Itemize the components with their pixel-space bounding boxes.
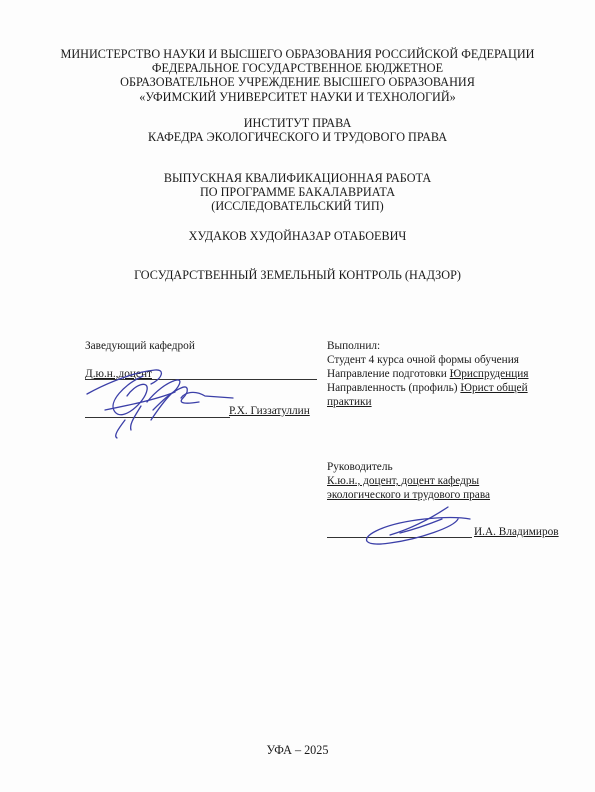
supervisor-signature-icon [360,505,480,547]
direction-label: Направление подготовки [327,368,447,380]
head-label: Заведующий кафедрой [85,339,195,353]
supervisor-degree-1: К.ю.н., доцент, доцент кафедры [327,474,490,488]
direction-row: Направление подготовки Юриспруденция [327,367,529,381]
performer-block: Выполнил: Студент 4 курса очной формы об… [327,339,529,409]
student-info: Студент 4 курса очной формы обучения [327,353,529,367]
institute-block: ИНСТИТУТ ПРАВА КАФЕДРА ЭКОЛОГИЧЕСКОГО И … [0,116,595,144]
work-type-line: (ИССЛЕДОВАТЕЛЬСКИЙ ТИП) [0,199,595,213]
supervisor-name: И.А. Владимиров [474,525,559,539]
header-line: МИНИСТЕРСТВО НАУКИ И ВЫСШЕГО ОБРАЗОВАНИЯ… [0,47,595,61]
work-type-line: ВЫПУСКНАЯ КВАЛИФИКАЦИОННАЯ РАБОТА [0,171,595,185]
header-line: ФЕДЕРАЛЬНОЕ ГОСУДАРСТВЕННОЕ БЮДЖЕТНОЕ [0,61,595,75]
performer-label: Выполнил: [327,339,529,353]
author-name: ХУДАКОВ ХУДОЙНАЗАР ОТАБОЕВИЧ [0,229,595,243]
thesis-topic-text: ГОСУДАРСТВЕННЫЙ ЗЕМЕЛЬНЫЙ КОНТРОЛЬ (НАДЗ… [0,268,595,282]
department-name: КАФЕДРА ЭКОЛОГИЧЕСКОГО И ТРУДОВОГО ПРАВА [0,130,595,144]
city-year: УФА – 2025 [0,743,595,758]
supervisor-block: Руководитель К.ю.н., доцент, доцент кафе… [327,460,490,502]
ministry-header: МИНИСТЕРСТВО НАУКИ И ВЫСШЕГО ОБРАЗОВАНИЯ… [0,47,595,104]
author-name-text: ХУДАКОВ ХУДОЙНАЗАР ОТАБОЕВИЧ [0,229,595,243]
profile-value: Юрист общей [460,382,527,394]
supervisor-label: Руководитель [327,460,490,474]
direction-value: Юриспруденция [450,368,529,380]
work-type-block: ВЫПУСКНАЯ КВАЛИФИКАЦИОННАЯ РАБОТА ПО ПРО… [0,171,595,214]
head-signature-icon [85,362,235,440]
work-type-line: ПО ПРОГРАММЕ БАКАЛАВРИАТА [0,185,595,199]
head-name: Р.Х. Гиззатуллин [229,404,310,418]
supervisor-degree-2: экологического и трудового права [327,488,490,502]
header-line: «УФИМСКИЙ УНИВЕРСИТЕТ НАУКИ И ТЕХНОЛОГИЙ… [0,90,595,104]
title-page: МИНИСТЕРСТВО НАУКИ И ВЫСШЕГО ОБРАЗОВАНИЯ… [0,0,595,792]
thesis-topic: ГОСУДАРСТВЕННЫЙ ЗЕМЕЛЬНЫЙ КОНТРОЛЬ (НАДЗ… [0,268,595,282]
profile-label: Направленность (профиль) [327,382,458,394]
profile-row: Направленность (профиль) Юрист общей [327,381,529,395]
institute-name: ИНСТИТУТ ПРАВА [0,116,595,130]
header-line: ОБРАЗОВАТЕЛЬНОЕ УЧРЕЖДЕНИЕ ВЫСШЕГО ОБРАЗ… [0,75,595,89]
profile-value-cont: практики [327,395,529,409]
